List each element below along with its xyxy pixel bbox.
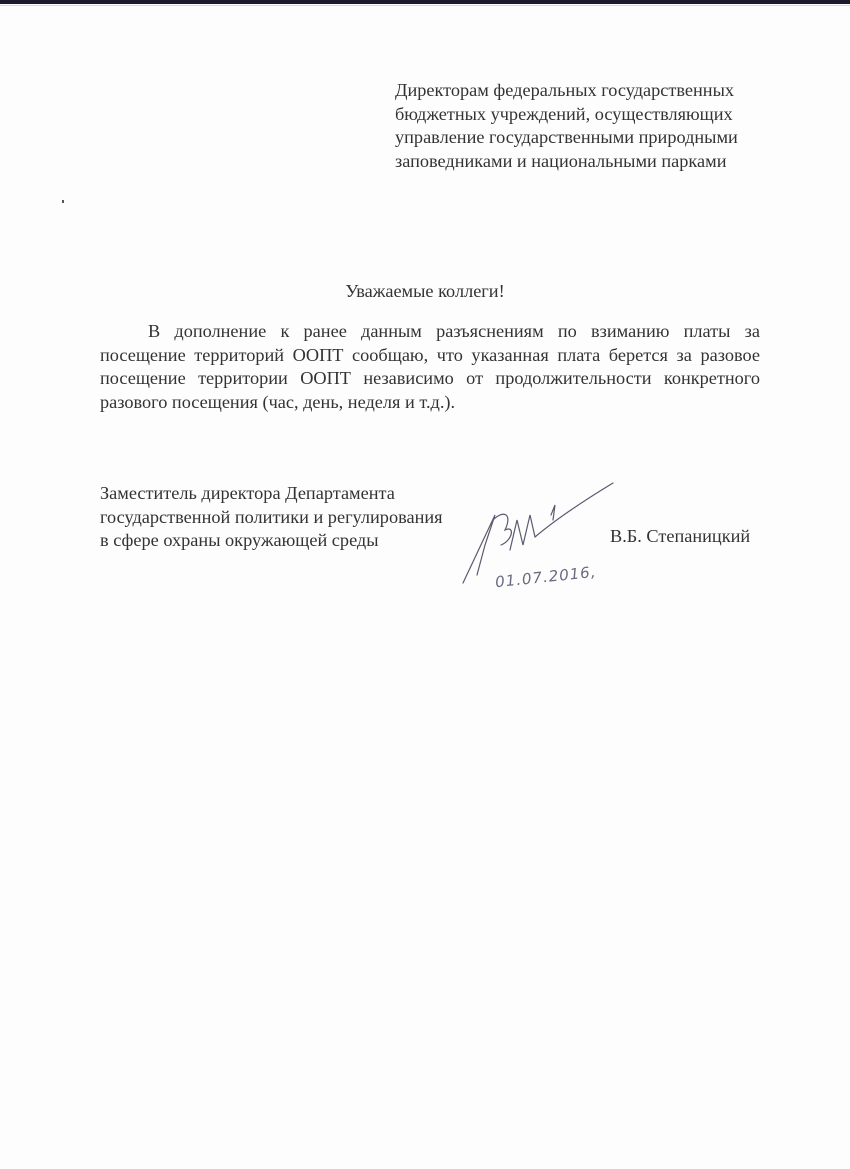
body-line: В дополнение к ранее данным разъяснениям… (100, 320, 760, 344)
addressee-line: бюджетных учреждений, осуществляющих (395, 103, 775, 127)
scan-top-edge (0, 0, 850, 4)
scan-edge-line (0, 5, 850, 6)
scan-speck (62, 200, 64, 203)
signer-name: В.Б. Степаницкий (610, 526, 750, 547)
letter-body: В дополнение к ранее данным разъяснениям… (100, 320, 760, 414)
addressee-block: Директорам федеральных государственных б… (395, 79, 775, 173)
body-line: посещение территории ООПТ независимо от … (100, 367, 760, 391)
addressee-line: заповедниками и национальными парками (395, 150, 775, 174)
body-line: разового посещения (час, день, неделя и … (100, 391, 760, 415)
body-line: посещение территорий ООПТ сообщаю, что у… (100, 344, 760, 368)
greeting: Уважаемые коллеги! (0, 281, 850, 302)
addressee-line: Директорам федеральных государственных (395, 79, 775, 103)
addressee-line: управление государственными природными (395, 126, 775, 150)
